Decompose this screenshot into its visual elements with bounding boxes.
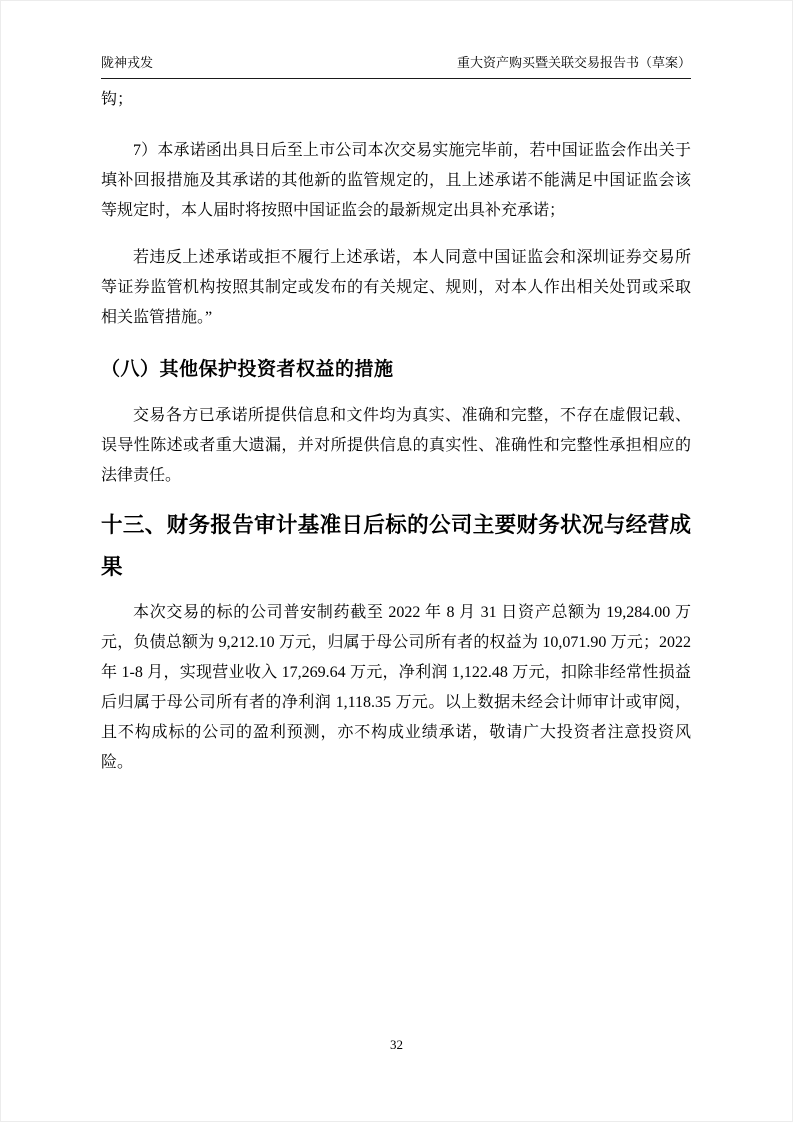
paragraph-information-truthfulness: 交易各方已承诺所提供信息和文件均为真实、准确和完整，不存在虚假记载、误导性陈述或… — [101, 401, 691, 491]
carryover-text: 钩； — [101, 85, 691, 115]
paragraph-supplement-commitment: 7）本承诺函出具日后至上市公司本次交易实施完毕前，若中国证监会作出关于填补回报措… — [101, 136, 691, 226]
paragraph-target-company-financials: 本次交易的标的公司普安制药截至 2022 年 8 月 31 日资产总额为 19,… — [101, 598, 691, 778]
page-header: 陇神戎发 重大资产购买暨关联交易报告书（草案） — [101, 55, 691, 79]
section-heading-investor-protection-measures: （八）其他保护投资者权益的措施 — [101, 354, 691, 385]
page-number: 32 — [390, 1037, 403, 1052]
header-doc-short-title: 陇神戎发 — [101, 55, 153, 71]
document-page: 陇神戎发 重大资产购买暨关联交易报告书（草案） 钩； 7）本承诺函出具日后至上市… — [0, 0, 793, 1122]
paragraph-violation-consequence: 若违反上述承诺或拒不履行上述承诺，本人同意中国证监会和深圳证券交易所等证券监管机… — [101, 243, 691, 333]
page-footer: 32 — [1, 1037, 792, 1053]
header-doc-full-title: 重大资产购买暨关联交易报告书（草案） — [457, 55, 691, 71]
chapter-heading-financial-status-after-audit-base-date: 十三、财务报告审计基准日后标的公司主要财务状况与经营成果 — [101, 504, 691, 588]
